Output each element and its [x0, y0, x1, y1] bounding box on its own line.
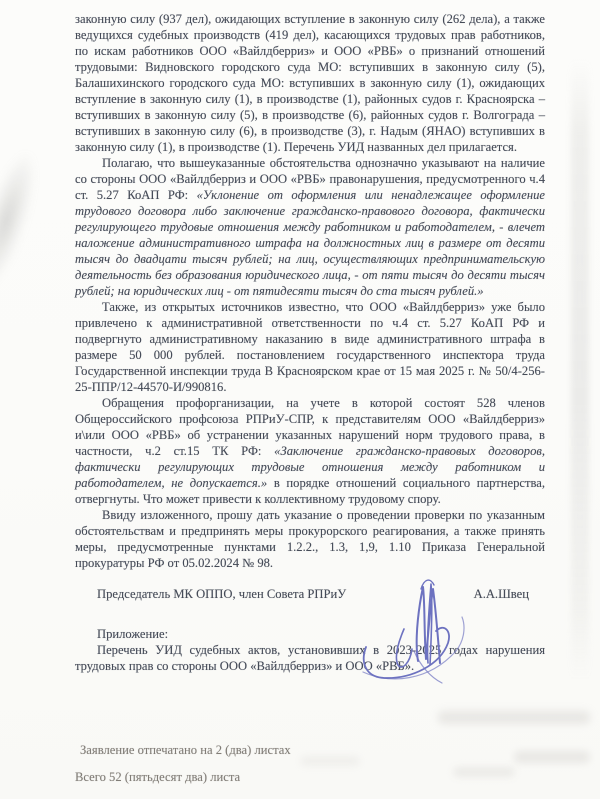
- scan-artifact-left-smudge: [0, 143, 48, 298]
- footer-note-printed: Заявление отпечатано на 2 (два) листах: [80, 742, 291, 758]
- paragraph-allegation: Полагаю, что вышеуказанные обстоятельств…: [75, 155, 545, 299]
- signature-position-title: Председатель МК ОППО, член Совета РПРиУ: [97, 586, 346, 602]
- scan-artifact-blotch: [300, 756, 360, 766]
- signature-handwritten-icon: [356, 551, 484, 691]
- scan-artifact-blotch: [438, 711, 590, 724]
- document-page: законную силу (937 дел), ожидающих вступ…: [0, 0, 600, 799]
- paragraph-court-statistics: законную силу (937 дел), ожидающих вступ…: [75, 11, 545, 155]
- paragraph-prior-liability: Также, из открытых источников известно, …: [75, 299, 545, 395]
- footer-note-total: Всего 52 (пятьдесят два) листа: [75, 769, 240, 785]
- scan-artifact-blotch: [514, 751, 590, 763]
- scan-artifact-blotch: [453, 767, 515, 777]
- koap-article-quote: «Уклонение от оформления или ненадлежаще…: [75, 188, 545, 298]
- scan-artifact-right-band: [571, 60, 589, 680]
- paragraph-union-appeal: Обращения профорганизации, на учете в ко…: [75, 395, 545, 507]
